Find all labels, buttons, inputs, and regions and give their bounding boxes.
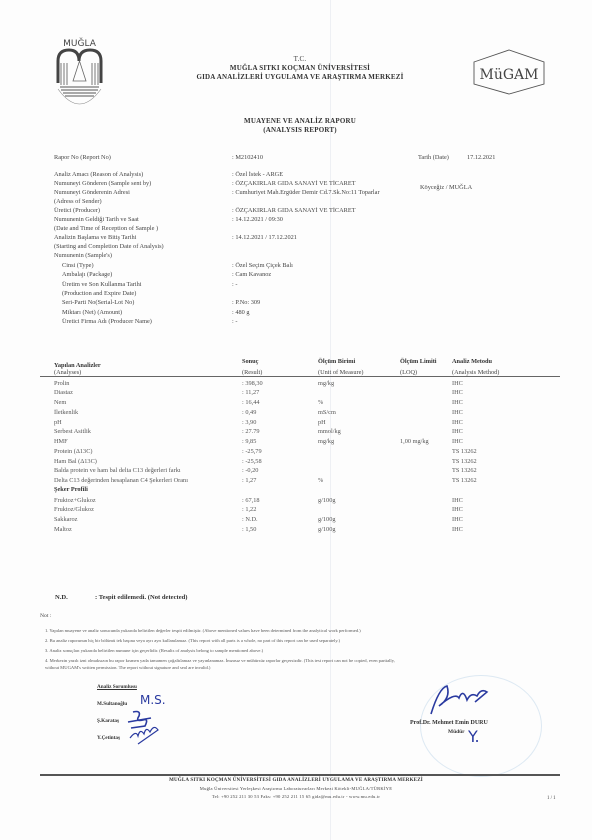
column-header: Ölçüm Limiti <box>400 357 437 366</box>
sample-label: Üretim ve Son Kullanma Tarihi <box>62 280 142 289</box>
cell-method: TS 13262 <box>452 447 477 457</box>
signatory-1-name: M.Sultanoğlu <box>97 700 127 709</box>
table-row: HMF: 9,85mg/kg1,00 mg/kgIHC <box>0 437 592 447</box>
sample-value: : P.No: 309 <box>232 298 260 307</box>
signatory-3-signature-icon <box>128 722 164 746</box>
table-row: İletkenlik: 0,49mS/cmIHC <box>0 408 592 418</box>
signatory-1-signature: M.S. <box>140 693 166 707</box>
signatory-2-name: Ş.Karataş <box>97 717 119 726</box>
cell-analysis: İletkenlik <box>54 408 78 418</box>
sample-value: : Cam Kavanoz <box>232 270 271 279</box>
cell-analysis: Protein (Δ13C) <box>54 447 93 457</box>
sample-label: Seri-Parti No(Serial-Lot No) <box>62 298 134 307</box>
cell-method: IHC <box>452 408 463 418</box>
info-value: : ÖZÇAKIRLAR GIDA SANAYİ VE TİCARET <box>232 206 356 215</box>
column-header: Analiz Metodu <box>452 357 492 366</box>
footer-center-name: MUĞLA SITKI KOÇMAN ÜNİVERSİTESİ GIDA ANA… <box>96 778 496 783</box>
cell-method: IHC <box>452 496 463 506</box>
table-row: Balda protein ve ham bal delta C13 değer… <box>0 466 592 476</box>
info-label: Numuneyi Gönderen (Sample sent by) <box>54 179 151 188</box>
cell-result: : 1,22 <box>242 505 256 515</box>
cell-analysis: Fruktoz+Glukoz <box>54 496 96 506</box>
info-label: Analiz Amacı (Reason of Analysis) <box>54 170 143 179</box>
info-value: : 14.12.2021 / 09:30 <box>232 215 283 224</box>
nd-definition: : Tespit edilemedi. (Not detected) <box>95 593 187 602</box>
cell-unit: mmol/kg <box>318 427 341 437</box>
table-row: Protein (Δ13C): -25,79TS 13262 <box>0 447 592 457</box>
nd-abbr: N.D. <box>55 593 68 602</box>
note-item: without MUGAM's written permission. The … <box>45 665 210 671</box>
report-title: MUAYENE VE ANALİZ RAPORU <box>150 117 450 125</box>
cell-method: IHC <box>452 379 463 389</box>
cell-unit: pH <box>318 418 326 428</box>
sample-label: Miktarı (Net) (Amount) <box>62 308 122 317</box>
info-value: : 14.12.2021 / 17.12.2021 <box>232 233 297 242</box>
cell-unit: g/100g <box>318 496 336 506</box>
cell-result: : -0,20 <box>242 466 258 476</box>
footer-contact: Tel: +90 252 211 30 53 Faks: +90 252 211… <box>96 794 496 799</box>
report-no-label: Rapor No (Report No) <box>54 153 111 162</box>
header-center-name: GIDA ANALİZLERİ UYGULAMA VE ARAŞTIRMA ME… <box>150 73 450 81</box>
info-label: Üretici (Producer) <box>54 206 100 215</box>
report-no-value: : M2102410 <box>232 153 263 162</box>
info-label: Numuneyi Gönderenin Adresi <box>54 188 130 197</box>
table-row: Diastaz: 11,27IHC <box>0 388 592 398</box>
svg-text:MüGAM: MüGAM <box>480 67 539 83</box>
cell-method: IHC <box>452 427 463 437</box>
cell-result: : N.D. <box>242 515 258 525</box>
info-value: : Cumhuriyet Mah.Ergüder Demir Cd.7.Sk.N… <box>232 188 380 197</box>
cell-analysis: Sakkaroz <box>54 515 77 525</box>
cell-result: : 1,50 <box>242 525 256 535</box>
cell-result: : 1,27 <box>242 476 256 486</box>
cell-analysis: Fruktoz/Glukoz <box>54 505 94 515</box>
footer-address: Muğla Üniversitesi Yerleşkesi Araştırma … <box>96 786 496 791</box>
header-tc: T.C. <box>150 55 450 63</box>
info-label: Numunenin Geldiği Tarih ve Saat <box>54 215 139 224</box>
cell-analysis: Prolin <box>54 379 69 389</box>
cell-result: : 27.79 <box>242 427 260 437</box>
info-label: Numunenin (Sample's) <box>54 251 112 260</box>
cell-result: : 67,18 <box>242 496 260 506</box>
note-item: 4. Merkezin yazılı izni olmaksızın bu ra… <box>45 658 395 664</box>
mugam-logo: MüGAM <box>470 48 548 96</box>
cell-unit: mg/kg <box>318 379 334 389</box>
cell-analysis: Ham Bal (Δ13C) <box>54 457 97 467</box>
analysis-responsible-title: Analiz Sorumlusu <box>97 683 137 692</box>
column-header: Sonuç <box>242 357 258 366</box>
sender-city: Köyceğiz / MUĞLA <box>420 183 472 192</box>
info-label: (Date and Time of Reception of Sample ) <box>54 224 158 233</box>
header-university: MUĞLA SITKI KOÇMAN ÜNİVERSİTESİ <box>150 64 450 72</box>
table-row: Serbest Asitlik: 27.79mmol/kgIHC <box>0 427 592 437</box>
info-label: (Starting and Completion Date of Analysi… <box>54 242 164 251</box>
cell-method: IHC <box>452 398 463 408</box>
note-item: 3. Analiz sonuçları yukarıda belirtilen … <box>45 648 263 654</box>
cell-method: IHC <box>452 525 463 535</box>
notes-title: Not : <box>40 612 51 621</box>
note-item: 1. Yapılan muayene ve analiz sonucunda y… <box>45 628 361 634</box>
table-header-divider <box>40 376 560 377</box>
cell-analysis: Serbest Asitlik <box>54 427 91 437</box>
cell-result: : -25,58 <box>242 457 262 467</box>
cell-method: IHC <box>452 437 463 447</box>
cell-result: : 3,90 <box>242 418 256 428</box>
table-row: Fruktoz+Glukoz: 67,18g/100gIHC <box>0 496 592 506</box>
cell-result: : 398,30 <box>242 379 263 389</box>
footer-divider <box>40 774 560 776</box>
cell-unit: g/100g <box>318 515 336 525</box>
info-value: : ÖZÇAKIRLAR GIDA SANAYİ VE TİCARET <box>232 179 356 188</box>
director-title: Müdür <box>448 728 464 737</box>
director-initial-signature: Y. <box>468 727 480 746</box>
table-row: Ham Bal (Δ13C): -25,58TS 13262 <box>0 457 592 467</box>
cell-method: IHC <box>452 418 463 428</box>
cell-method: TS 13262 <box>452 457 477 467</box>
page-number: 1 / 1 <box>547 794 556 803</box>
sample-value: : - <box>232 280 237 289</box>
cell-unit: g/100g <box>318 525 336 535</box>
info-value: : Özel İstek - ARGE <box>232 170 283 179</box>
cell-result: : 0,49 <box>242 408 256 418</box>
cell-analysis: Balda protein ve ham bal delta C13 değer… <box>54 466 181 476</box>
cell-analysis: HMF <box>54 437 68 447</box>
sample-label: Ambalajı (Package) <box>62 270 112 279</box>
sample-value: : - <box>232 317 237 326</box>
cell-method: IHC <box>452 505 463 515</box>
cell-loq: 1,00 mg/kg <box>400 437 429 447</box>
svg-text:MUĞLA: MUĞLA <box>63 37 97 49</box>
table-row: Delta C13 değerinden hesaplanan C4 Şeker… <box>0 476 592 486</box>
cell-result: : 16,44 <box>242 398 260 408</box>
sugar-profile-title: Şeker Profili <box>54 485 88 494</box>
table-row: Prolin: 398,30mg/kgIHC <box>0 379 592 389</box>
date-value: 17.12.2021 <box>467 153 495 162</box>
cell-analysis: Diastaz <box>54 388 73 398</box>
cell-result: : 11,27 <box>242 388 259 398</box>
cell-unit: mS/cm <box>318 408 336 418</box>
cell-analysis: Nem <box>54 398 66 408</box>
info-label: (Adress of Sender) <box>54 197 102 206</box>
table-row: Nem: 16,44%IHC <box>0 398 592 408</box>
cell-unit: % <box>318 476 323 486</box>
director-signature-icon <box>425 678 505 718</box>
table-row: Maltoz: 1,50g/100gIHC <box>0 525 592 535</box>
university-logo: MUĞLA <box>52 37 107 115</box>
cell-method: IHC <box>452 388 463 398</box>
cell-method: IHC <box>452 515 463 525</box>
info-label: Analizin Başlama ve Bitiş Tarihi <box>54 233 136 242</box>
sample-value: : 480 g <box>232 308 250 317</box>
cell-result: : 9,85 <box>242 437 256 447</box>
table-row: pH: 3,90pHIHC <box>0 418 592 428</box>
cell-unit: mg/kg <box>318 437 334 447</box>
cell-method: TS 13262 <box>452 476 477 486</box>
table-row: Sakkaroz: N.D.g/100gIHC <box>0 515 592 525</box>
sample-value: : Özel Seçim Çiçek Balı <box>232 261 293 270</box>
column-header: Ölçüm Birimi <box>318 357 355 366</box>
signatory-3-name: Y.Çetintaş <box>97 734 120 743</box>
date-label: Tarih (Date) <box>418 153 449 162</box>
report-subtitle: (ANALYSIS REPORT) <box>150 126 450 134</box>
cell-unit: % <box>318 398 323 408</box>
cell-method: TS 13262 <box>452 466 477 476</box>
cell-result: : -25,79 <box>242 447 262 457</box>
note-item: 2. Bu analiz raporunun hiç bir bölümü te… <box>45 638 340 644</box>
table-row: Fruktoz/Glukoz: 1,22IHC <box>0 505 592 515</box>
sample-label: Cinsi (Type) <box>62 261 94 270</box>
sample-label: (Production and Expire Date) <box>62 289 136 298</box>
cell-analysis: pH <box>54 418 62 428</box>
sample-label: Üretici Firma Adı (Producer Name) <box>62 317 152 326</box>
cell-analysis: Maltoz <box>54 525 72 535</box>
